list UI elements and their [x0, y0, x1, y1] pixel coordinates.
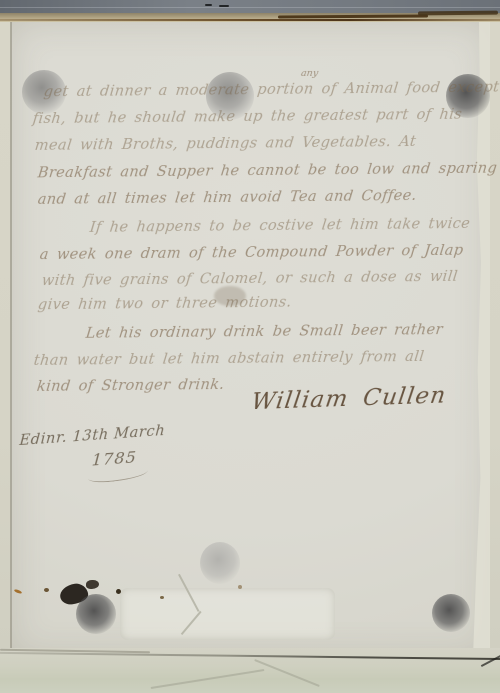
- paper-crease-patch: [120, 588, 335, 640]
- manuscript-scan: get at dinner a moderate portion of Anim…: [0, 0, 500, 693]
- page-edge-dark-segment: [418, 11, 498, 16]
- manuscript-line: give him two or three motions.: [37, 295, 293, 314]
- stain-speck: [238, 585, 242, 589]
- adhesive-stain: [76, 594, 116, 634]
- adhesive-stain: [200, 542, 240, 584]
- gutter-highlight-line: [0, 7, 500, 8]
- stain-speck: [160, 596, 164, 599]
- gutter-dark-mark: [219, 5, 229, 7]
- stain-speck: [116, 589, 121, 594]
- letter-left-seam: [10, 22, 12, 656]
- adhesive-stain: [432, 594, 470, 632]
- page-edge-line: [0, 19, 500, 21]
- interlinear-insertion: any: [300, 68, 319, 79]
- stain-speck: [44, 588, 49, 592]
- gutter-dark-mark: [205, 4, 212, 6]
- manuscript-line: kind of Stronger drink.: [36, 377, 225, 395]
- ink-smudge: [214, 286, 246, 306]
